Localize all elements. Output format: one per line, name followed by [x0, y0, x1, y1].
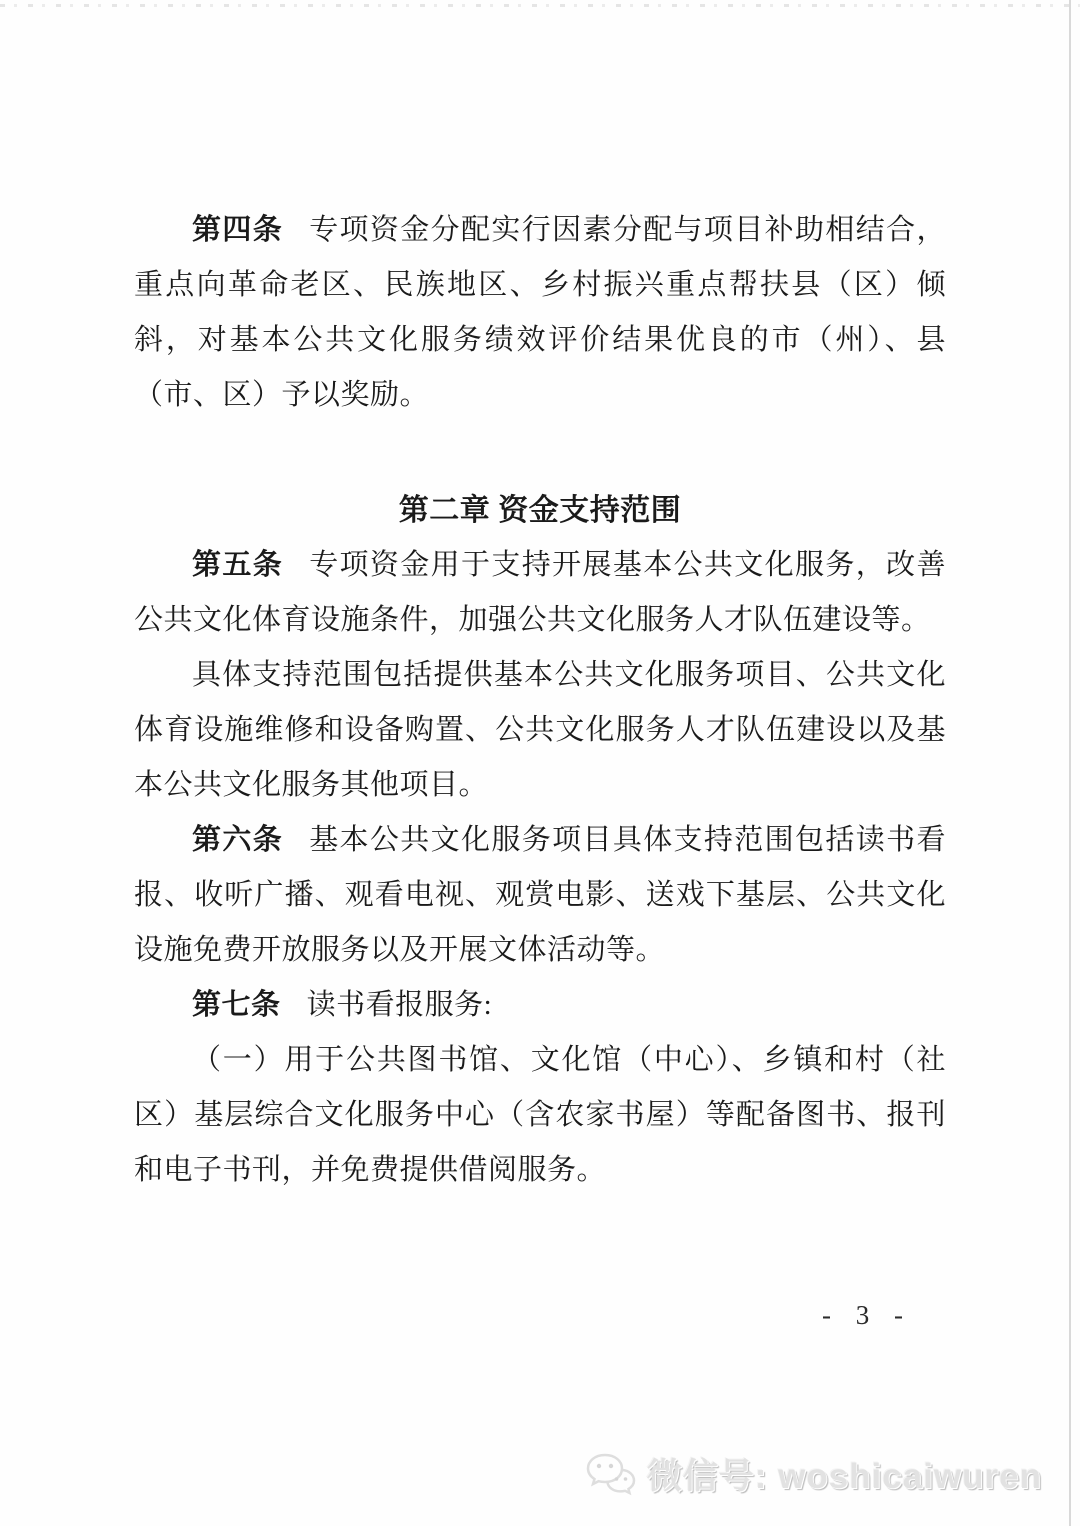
article-6-label: 第六条 [192, 824, 283, 856]
scan-artifact-top-edge [0, 4, 1080, 7]
paragraph-article-6: 第六条基本公共文化服务项目具体支持范围包括读书看报、收听广播、观看电视、观赏电影… [134, 813, 946, 978]
paragraph-article-7: 第七条读书看报服务: [134, 978, 946, 1033]
page-number: - 3 - [822, 1300, 912, 1331]
article-7-label: 第七条 [192, 989, 281, 1021]
document-body: 第四条专项资金分配实行因素分配与项目补助相结合，重点向革命老区、民族地区、乡村振… [134, 203, 946, 1198]
wechat-watermark: 微信号: woshicaiwuren [585, 1449, 1042, 1499]
paragraph-item-one: （一）用于公共图书馆、文化馆（中心）、乡镇和村（社区）基层综合文化服务中心（含农… [134, 1033, 946, 1198]
scan-artifact-right-edge [1069, 0, 1071, 1526]
wechat-icon [585, 1452, 637, 1496]
paragraph-support-scope: 具体支持范围包括提供基本公共文化服务项目、公共文化体育设施维修和设备购置、公共文… [134, 648, 946, 813]
article-4-label: 第四条 [192, 214, 283, 246]
wechat-id-text: 微信号: woshicaiwuren [647, 1449, 1042, 1499]
scanned-document-page: 第四条专项资金分配实行因素分配与项目补助相结合，重点向革命老区、民族地区、乡村振… [0, 0, 1080, 1526]
chapter-2-heading: 第二章 资金支持范围 [134, 483, 946, 538]
paragraph-article-5: 第五条专项资金用于支持开展基本公共文化服务，改善公共文化体育设施条件，加强公共文… [134, 538, 946, 648]
paragraph-article-4: 第四条专项资金分配实行因素分配与项目补助相结合，重点向革命老区、民族地区、乡村振… [134, 203, 946, 423]
article-5-label: 第五条 [192, 549, 283, 581]
article-7-text: 读书看报服务: [307, 989, 493, 1021]
